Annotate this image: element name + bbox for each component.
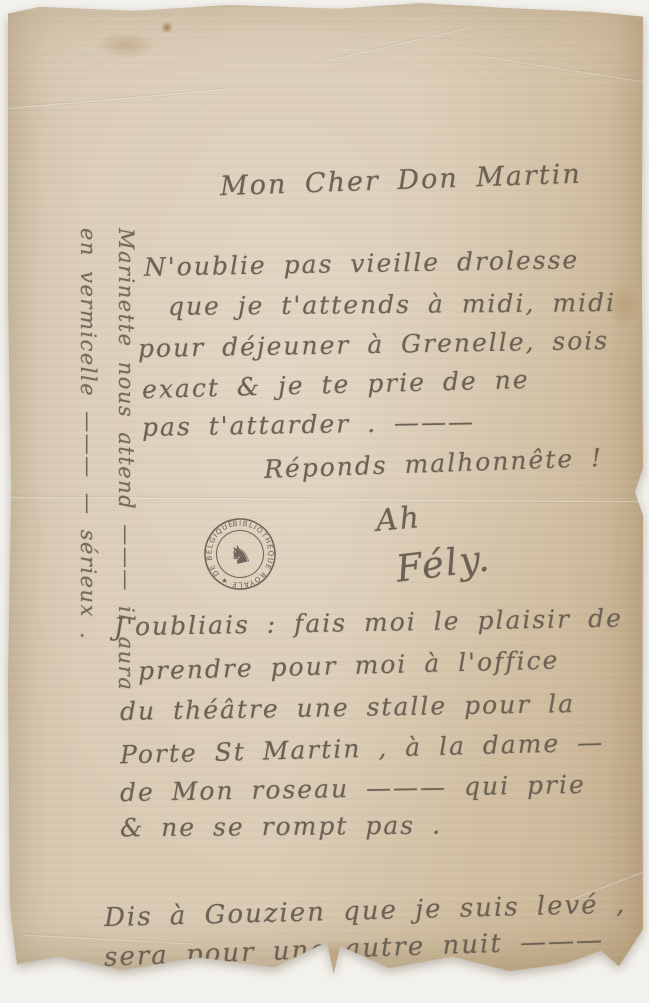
salutation-line: Mon Cher Don Martin (220, 159, 583, 203)
body-line: pour déjeuner à Grenelle, sois (138, 326, 610, 363)
postscript-line: Porte St Martin , à la dame — (120, 728, 605, 770)
letter-paper: Mon Cher Don Martin N'oublie pas vieille… (8, 2, 643, 974)
postscript-line: de Mon roseau ——— qui prie (120, 770, 586, 807)
top-right-crease (479, 54, 649, 88)
smudge-stain (96, 32, 156, 58)
body-line: que je t'attends à midi, midi (168, 288, 616, 321)
lion-rampant-icon: ♞ (226, 538, 255, 572)
paper-sheet: Mon Cher Don Martin N'oublie pas vieille… (8, 2, 643, 974)
postscript-line: J'oubliais : fais moi le plaisir de (114, 604, 623, 642)
reply-demand-line: Réponds malhonnête ! (264, 443, 604, 484)
library-stamp: BIBLIOTHÈQUE ROYALE ★ DE BELGIQUE ★ ♞ (194, 508, 286, 600)
margin-note: Marinette nous attend ——— il aura en ver… (62, 228, 138, 678)
signature: Fély. (394, 536, 494, 590)
top-left-crease (0, 88, 226, 111)
postscript-line: & ne se rompt pas . (120, 811, 442, 843)
postscript-line: du théâtre une stalle pour la (120, 689, 575, 726)
body-line: pas t'attarder . ——— (142, 407, 476, 442)
body-line: exact & je te prie de ne (142, 365, 530, 404)
postscript-line: prendre pour moi à l'office (138, 645, 560, 685)
body-line: N'oublie pas vieille drolesse (144, 245, 580, 282)
footer-line: sera pour une autre nuit ——— (104, 925, 605, 972)
scan-background: { "letter": { "paper_color": "#d9cab4", … (0, 0, 649, 1003)
ink-spot-stain (160, 22, 174, 33)
margin-note-line: Marinette nous attend ——— il aura (114, 228, 138, 678)
pre-signature-word: Ah (375, 500, 423, 539)
top-center-crease (320, 27, 467, 64)
margin-note-line: en vermicelle ——— — sérieux . (76, 228, 100, 678)
